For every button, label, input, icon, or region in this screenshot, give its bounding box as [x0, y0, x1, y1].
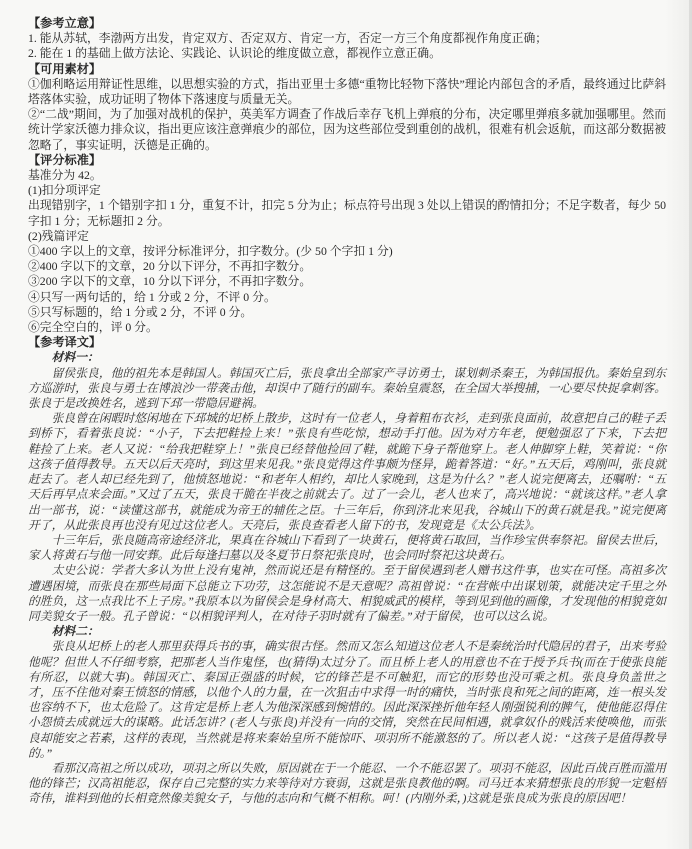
material-two-label: 材料二：	[28, 624, 666, 639]
document-page: 【参考立意】 1. 能从苏轼，李渤两方出发，肯定双方、否定双方、肯定一方，否定一…	[0, 0, 692, 849]
section-reference-ideas: 【参考立意】 1. 能从苏轼，李渤两方出发，肯定双方、否定双方、肯定一方，否定一…	[28, 16, 666, 62]
translation-paragraph: 张良曾在闲暇时悠闲地在下邳城的圯桥上散步，这时有一位老人，身着粗布衣衫，走到张良…	[28, 411, 666, 533]
translation-paragraph: 十三年后，张良随高帝途经济北，果真在谷城山下看到了一块黄石，便将黄石取回，当作珍…	[28, 533, 666, 563]
paragraph: (2)残篇评定	[28, 229, 666, 244]
paragraph: ②400 字以下的文章，20 分以下评分，不再扣字数分。	[28, 259, 666, 274]
paragraph: ⑤只写标题的，给 1 分或 2 分，不评 0 分。	[28, 305, 666, 320]
paragraph: ①伽利略运用辩证性思维，以思想实验的方式，指出亚里士多德“重物比轻物下落快”理论…	[28, 77, 666, 107]
translation-paragraph: 留侯张良，他的祖先本是韩国人。韩国灭亡后，张良拿出全部家产寻访勇士，谋划刺杀秦王…	[28, 366, 666, 412]
material-one-label: 材料一：	[28, 350, 666, 365]
paragraph: 1. 能从苏轼，李渤两方出发，肯定双方、否定双方、肯定一方，否定一方三个角度都视…	[28, 31, 666, 46]
paragraph: ③200 字以下的文章，10 分以下评分，不再扣字数分。	[28, 274, 666, 289]
section-heading: 【可用素材】	[28, 62, 666, 77]
paragraph: ①400 字以上的文章，按评分标准评分，扣字数分。(少 50 个字扣 1 分)	[28, 244, 666, 259]
section-scoring-standard: 【评分标准】 基准分为 42。 (1)扣分项评定 出现错别字，1 个错别字扣 1…	[28, 153, 666, 335]
section-heading: 【参考译文】	[28, 335, 666, 350]
section-usable-material: 【可用素材】 ①伽利略运用辩证性思维，以思想实验的方式，指出亚里士多德“重物比轻…	[28, 62, 666, 153]
paragraph: ②“二战”期间，为了加强对战机的保护，英美军方调查了作战后幸存飞机上弹痕的分布，…	[28, 107, 666, 153]
section-reference-translation: 【参考译文】 材料一： 留侯张良，他的祖先本是韩国人。韩国灭亡后，张良拿出全部家…	[28, 335, 666, 806]
translation-paragraph: 看那汉高祖之所以成功，项羽之所以失败，原因就在于一个能忍、一个不能忍罢了。项羽不…	[28, 761, 666, 807]
translation-paragraph: 太史公说：学者大多认为世上没有鬼神，然而说还是有精怪的。至于留侯遇到老人赠书这件…	[28, 563, 666, 624]
translation-paragraph: 张良从圯桥上的老人那里获得兵书的事，确实很古怪。然而又怎么知道这位老人不是秦统治…	[28, 639, 666, 761]
section-heading: 【评分标准】	[28, 153, 666, 168]
paragraph: ⑥完全空白的，评 0 分。	[28, 320, 666, 335]
paragraph: 基准分为 42。	[28, 168, 666, 183]
paragraph: (1)扣分项评定	[28, 183, 666, 198]
paragraph: 出现错别字，1 个错别字扣 1 分，重复不计，扣完 5 分为止；标点符号出现 3…	[28, 198, 666, 228]
paragraph: ④只写一两句话的，给 1 分或 2 分，不评 0 分。	[28, 290, 666, 305]
section-heading: 【参考立意】	[28, 16, 666, 31]
paragraph: 2. 能在 1 的基础上做方法论、实践论、认识论的维度做立意，都视作立意正确。	[28, 46, 666, 61]
